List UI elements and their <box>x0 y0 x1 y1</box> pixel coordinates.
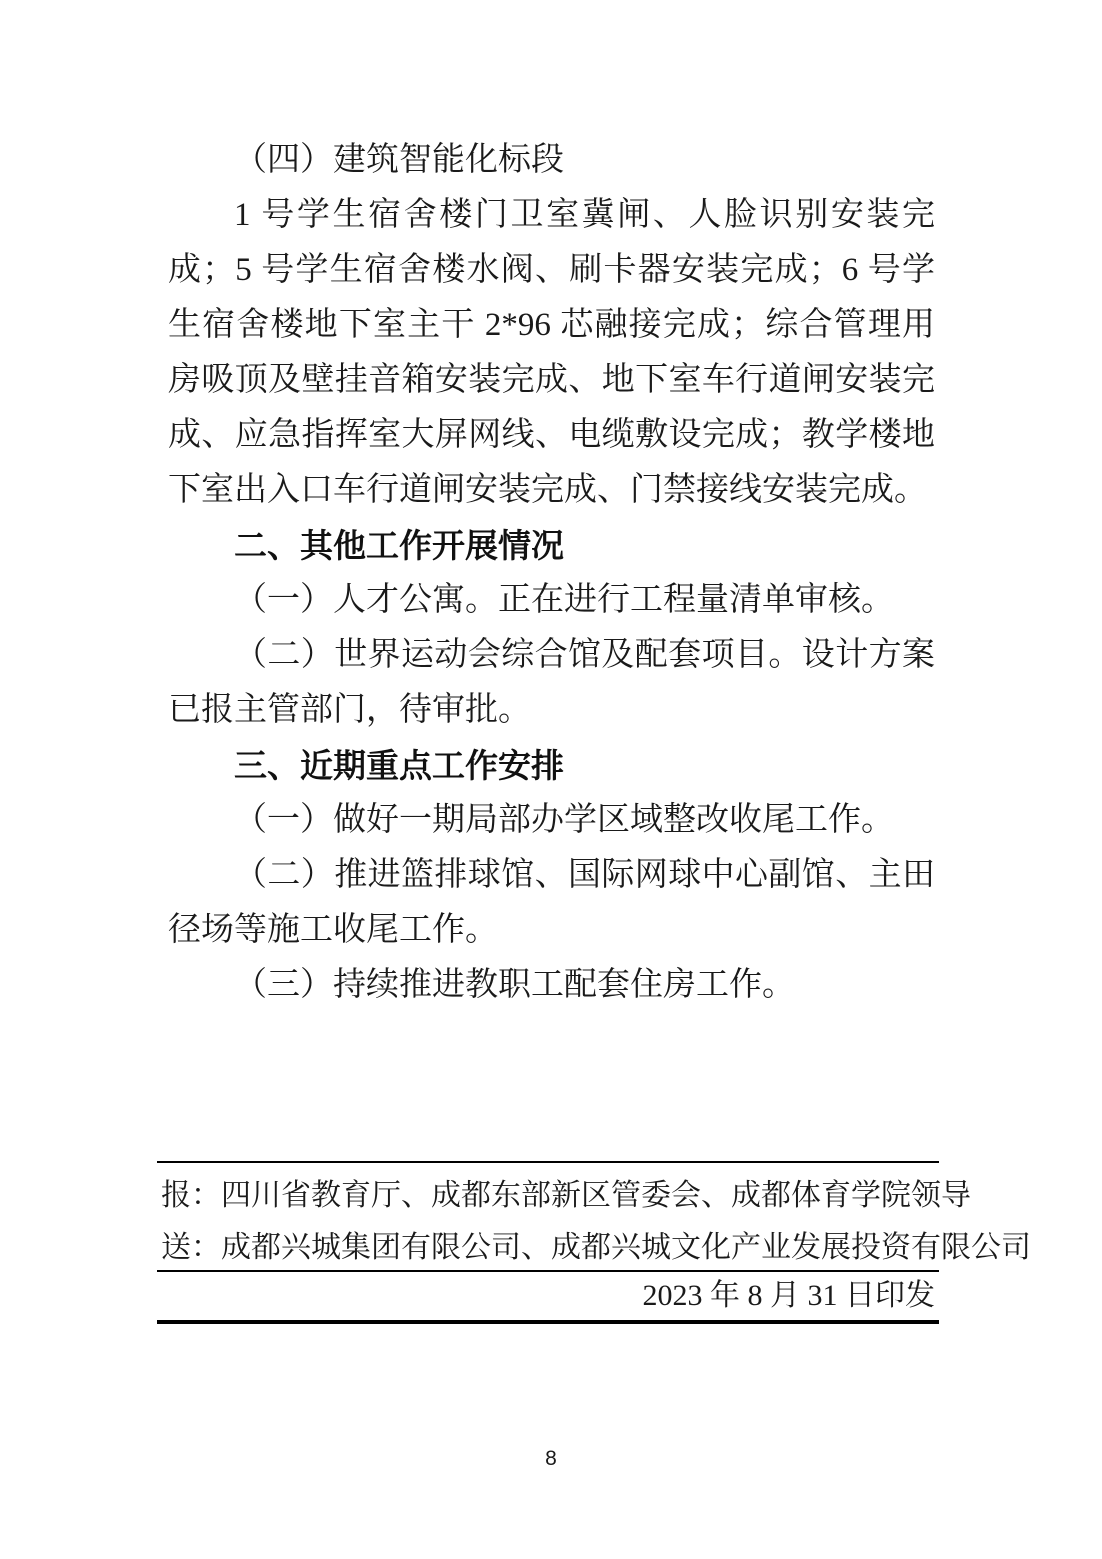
paragraph-staff-housing: （三）持续推进教职工配套住房工作。 <box>168 958 935 1013</box>
divider-bottom <box>157 1320 939 1324</box>
paragraph-world-games-hall: （二）世界运动会综合馆及配套项目。设计方案已报主管部门，待审批。 <box>168 628 935 738</box>
distribution-footer: 报：四川省教育厅、成都东部新区管委会、成都体育学院领导 送：成都兴城集团有限公司… <box>157 1161 939 1331</box>
divider-top <box>157 1161 939 1163</box>
paragraph-phase-one-rectification: （一）做好一期局部办学区域整改收尾工作。 <box>168 793 935 848</box>
document-body: （四）建筑智能化标段 1 号学生宿舍楼门卫室冀闸、人脸识别安装完成；5 号学生宿… <box>168 133 935 1013</box>
paragraph-talent-apartment: （一）人才公寓。正在进行工程量清单审核。 <box>168 573 935 628</box>
subheading-section-four: （四）建筑智能化标段 <box>168 133 935 188</box>
paragraph-stadium-closeout: （二）推进篮排球馆、国际网球中心副馆、主田径场等施工收尾工作。 <box>168 848 935 958</box>
report-to-line: 报：四川省教育厅、成都东部新区管委会、成都体育学院领导 <box>157 1171 975 1221</box>
print-date: 2023 年 8 月 31 日印发 <box>157 1272 939 1320</box>
paragraph-intelligent-building: 1 号学生宿舍楼门卫室冀闸、人脸识别安装完成；5 号学生宿舍楼水阀、刷卡器安装完… <box>168 188 935 518</box>
page-number: 8 <box>0 1445 1102 1473</box>
heading-upcoming-work: 三、近期重点工作安排 <box>168 738 935 793</box>
send-to-line: 送：成都兴城集团有限公司、成都兴城文化产业发展投资有限公司 <box>157 1223 1035 1273</box>
document-page: （四）建筑智能化标段 1 号学生宿舍楼门卫室冀闸、人脸识别安装完成；5 号学生宿… <box>0 0 1102 1559</box>
heading-other-work: 二、其他工作开展情况 <box>168 518 935 573</box>
